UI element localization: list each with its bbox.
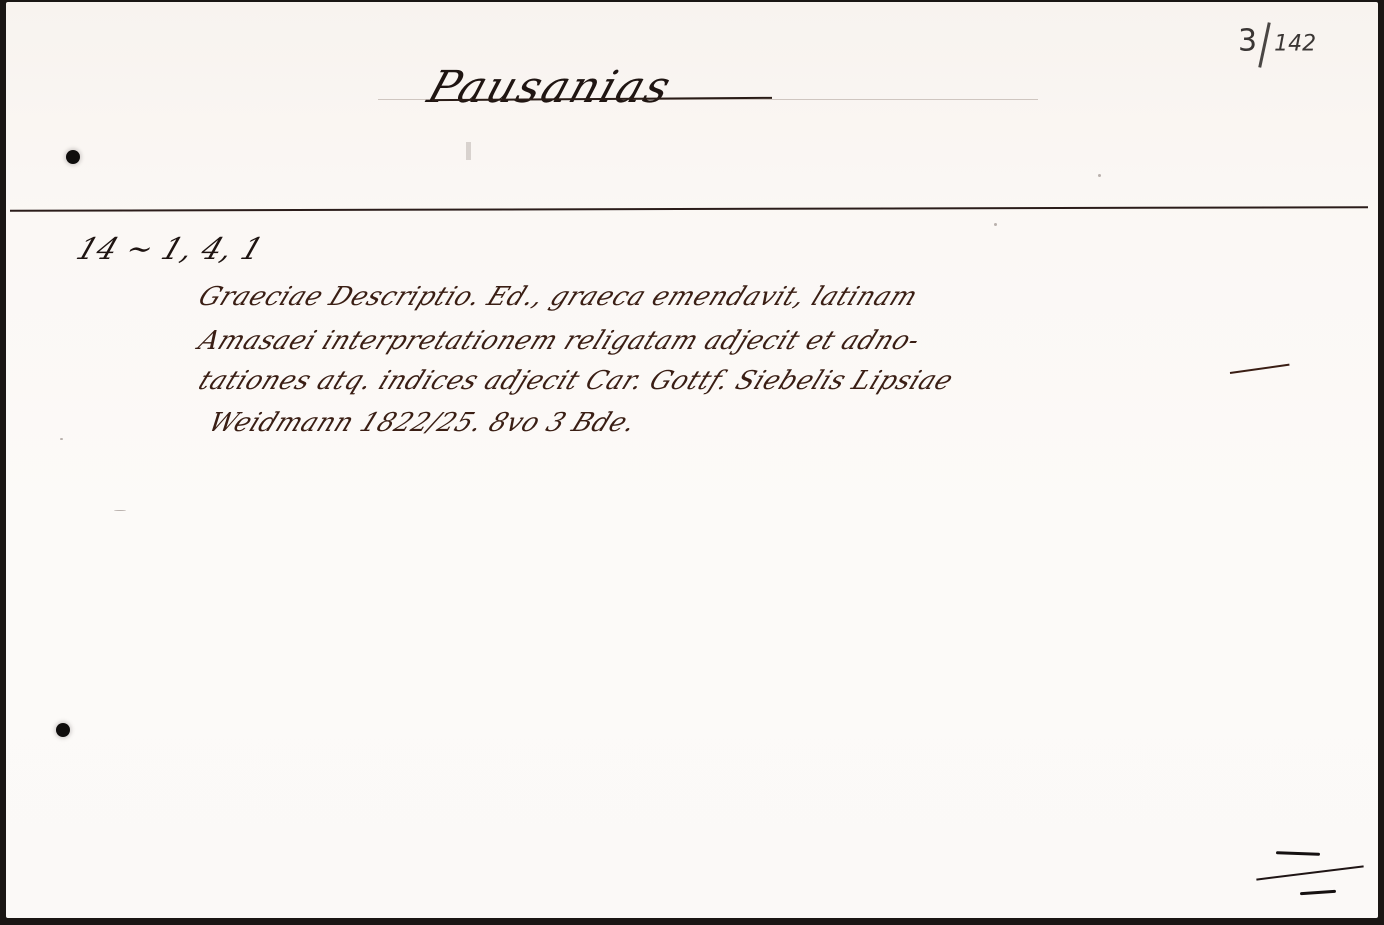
catalog-card xyxy=(6,2,1378,918)
heading-author: Pausanias xyxy=(422,62,679,113)
shelfmark: 14 ~ 1, 4, 1 xyxy=(72,232,269,267)
entry-line-1: Graeciae Descriptio. Ed., graeca emendav… xyxy=(194,282,922,312)
call-number-sub: 142 xyxy=(1274,32,1316,57)
punch-hole-top xyxy=(66,150,80,164)
punch-hole-bottom xyxy=(56,723,70,737)
paper-mark xyxy=(466,142,471,160)
paper-speck xyxy=(60,438,63,440)
call-number-slash xyxy=(1258,22,1270,68)
entry-line-2: Amasaei interpretationem religatam adjec… xyxy=(194,326,925,356)
call-number-main: 3 xyxy=(1238,24,1257,59)
call-number: 3142 xyxy=(1238,22,1316,62)
paper-speck xyxy=(114,510,126,511)
paper-speck xyxy=(1098,174,1101,177)
paper-speck xyxy=(994,223,997,226)
entry-line-4: Weidmann 1822/25. 8vo 3 Bde. xyxy=(204,408,641,438)
entry-line-3: tationes atq. indices adjecit Car. Gottf… xyxy=(194,366,958,396)
